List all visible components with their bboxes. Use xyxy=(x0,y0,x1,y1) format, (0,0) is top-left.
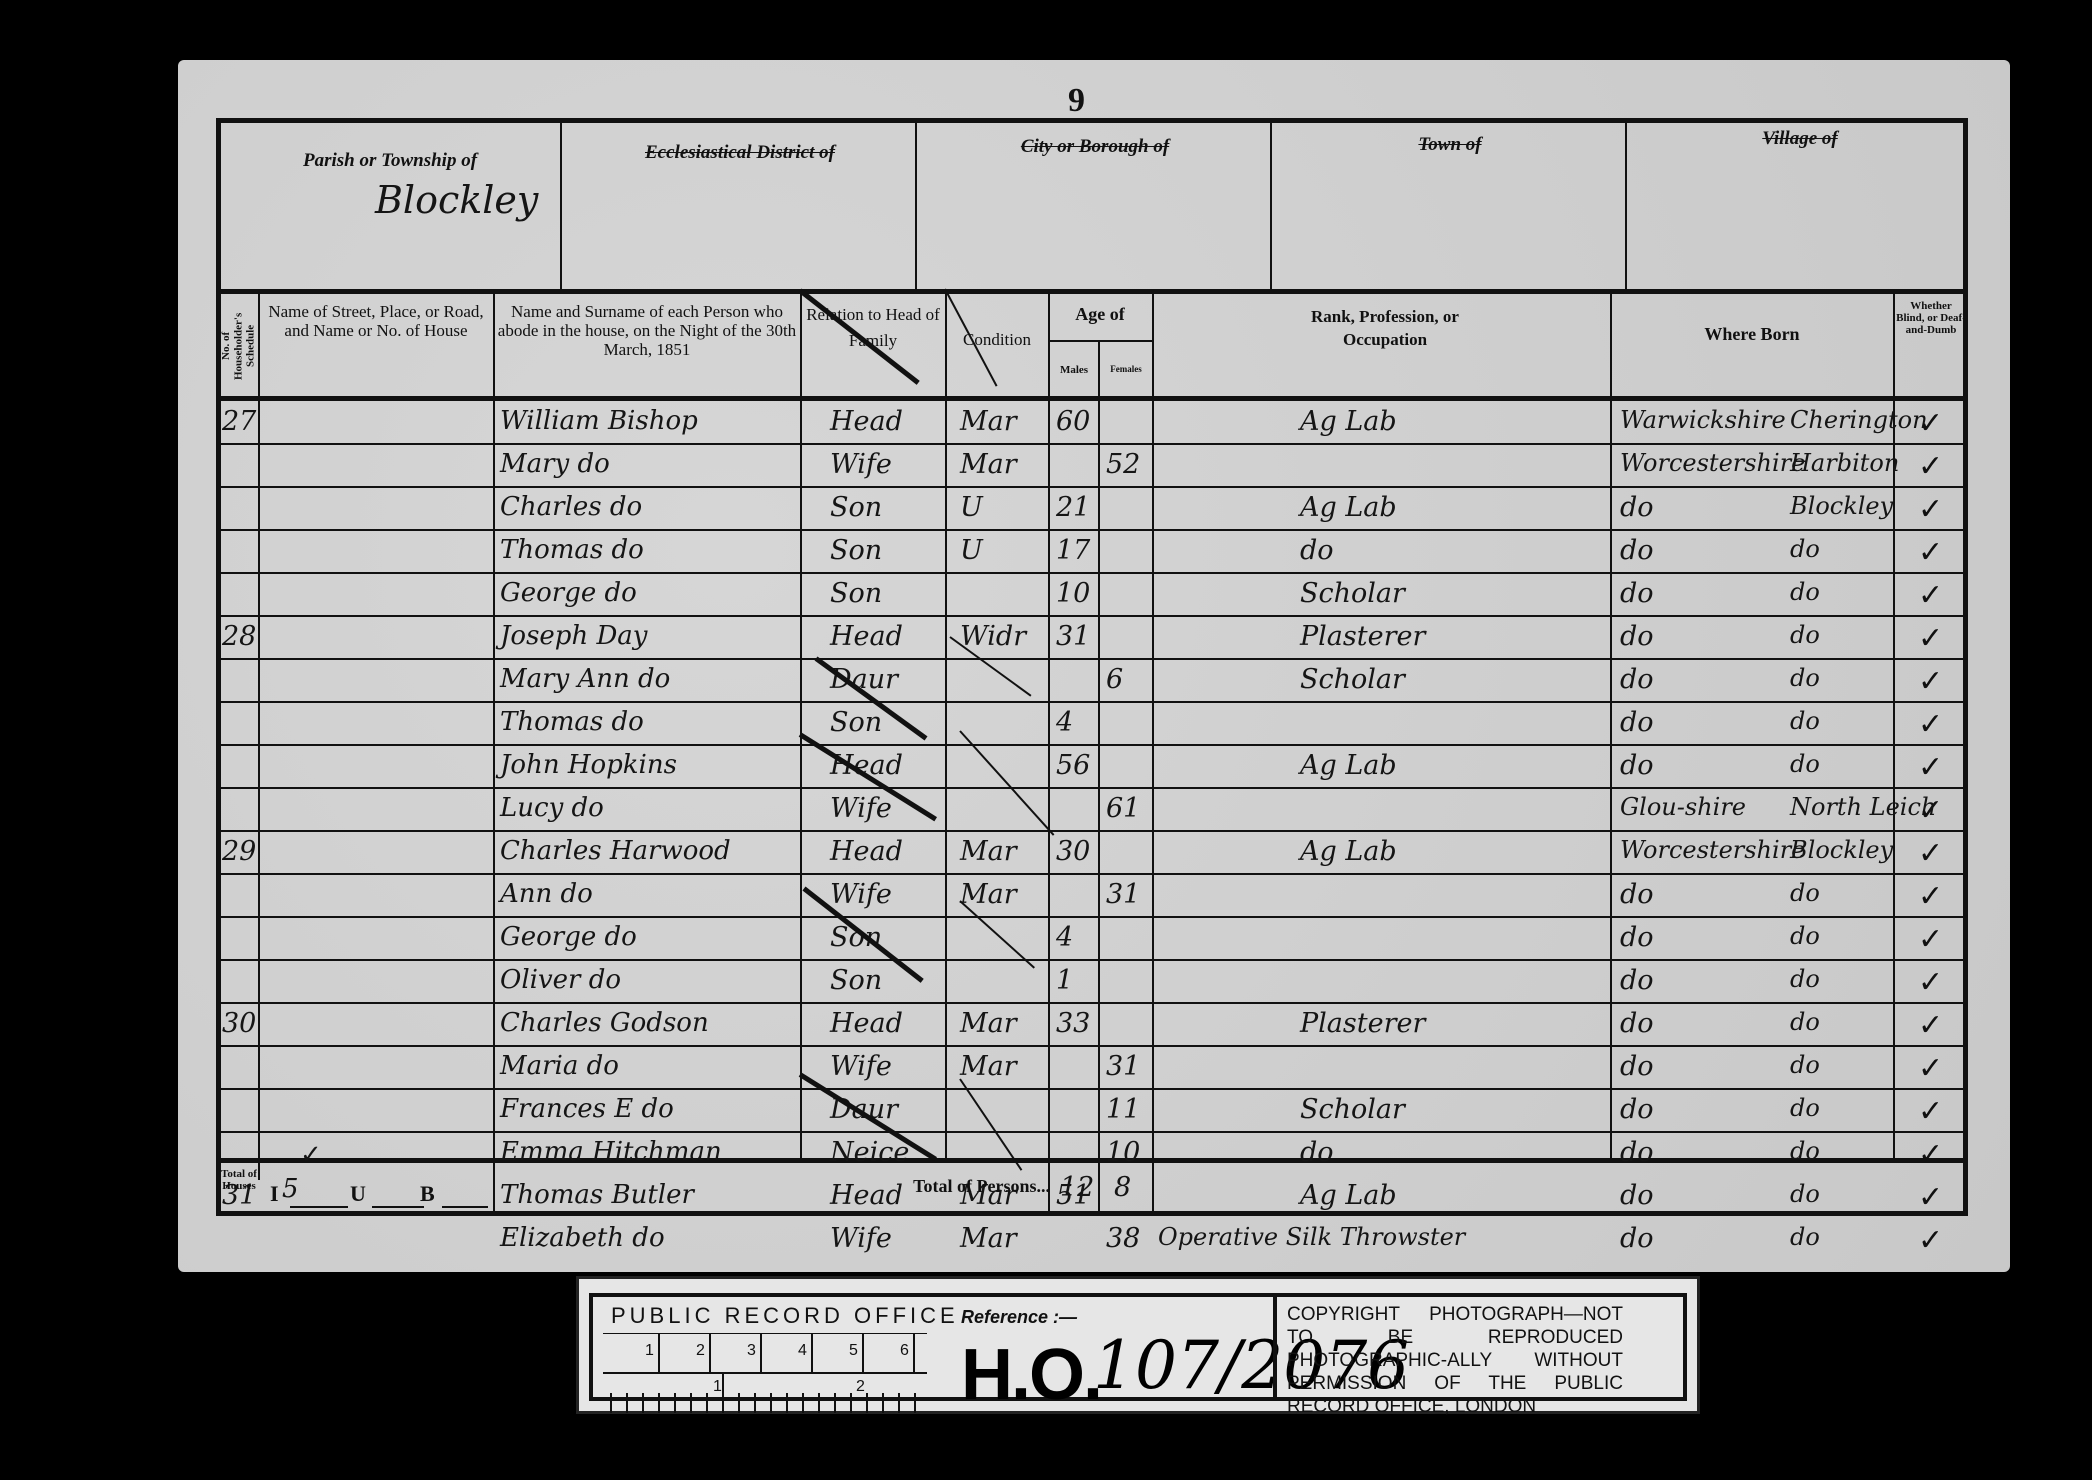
age-female: 61 xyxy=(1106,793,1140,824)
birth-place: do xyxy=(1790,750,1820,778)
marital-condition: U xyxy=(960,535,983,566)
birth-county: do xyxy=(1620,965,1654,996)
row-line xyxy=(216,959,1968,961)
census-form-frame xyxy=(216,118,1968,1216)
age-male: 4 xyxy=(1056,707,1073,738)
check-mark: ✓ xyxy=(300,1140,322,1170)
age-male: 1 xyxy=(1056,965,1073,996)
parish-label: Parish or Township of xyxy=(230,150,550,171)
occupation: do xyxy=(1300,1137,1334,1168)
person-name: Mary Ann do xyxy=(500,664,670,694)
occupation: Ag Lab xyxy=(1300,492,1397,523)
svg-text:1: 1 xyxy=(713,1378,722,1395)
schedule-number: 28 xyxy=(222,621,256,652)
row-line xyxy=(216,1045,1968,1047)
row-line xyxy=(216,1131,1968,1133)
blind-deaf-mark: ✓ xyxy=(1918,707,1943,742)
col-divider xyxy=(1610,292,1612,1160)
birth-county: do xyxy=(1620,1094,1654,1125)
age-male: 31 xyxy=(1056,621,1090,652)
age-male: 17 xyxy=(1056,535,1090,566)
birth-place: do xyxy=(1790,1008,1820,1036)
person-name: Charles Godson xyxy=(500,1008,709,1038)
age-male: 30 xyxy=(1056,836,1090,867)
blind-deaf-mark: ✓ xyxy=(1918,449,1943,484)
schedule-number: 29 xyxy=(222,836,256,867)
schedule-number: 30 xyxy=(222,1008,256,1039)
svg-text:6: 6 xyxy=(900,1342,909,1359)
birth-county: do xyxy=(1620,1137,1654,1168)
person-name: Thomas do xyxy=(500,535,644,565)
birth-place: do xyxy=(1790,965,1820,993)
occupation: Plasterer xyxy=(1300,621,1425,652)
blind-deaf-mark: ✓ xyxy=(1918,664,1943,699)
blind-deaf-mark: ✓ xyxy=(1918,535,1943,570)
relation-to-head: Head xyxy=(830,406,903,437)
occupation: Scholar xyxy=(1300,664,1405,695)
blind-deaf-mark: ✓ xyxy=(1918,922,1943,957)
birth-county: do xyxy=(1620,578,1654,609)
relation-to-head: Head xyxy=(830,836,903,867)
blind-deaf-mark: ✓ xyxy=(1918,1180,1943,1215)
stamp-office-name: PUBLIC RECORD OFFICE xyxy=(611,1303,959,1329)
age-male: 33 xyxy=(1056,1008,1090,1039)
col-divider xyxy=(1152,292,1154,1212)
person-name: Maria do xyxy=(500,1051,619,1081)
row-line xyxy=(216,744,1968,746)
col-header-occupation: Rank, Profession, or Occupation xyxy=(1300,306,1470,352)
col-divider xyxy=(1098,340,1100,1212)
birth-county: do xyxy=(1620,664,1654,695)
birth-place: Harbiton xyxy=(1790,449,1899,477)
occupation: do xyxy=(1300,535,1334,566)
person-name: Lucy do xyxy=(500,793,604,823)
total-females: 8 xyxy=(1114,1172,1131,1203)
relation-to-head: Son xyxy=(830,965,882,996)
svg-text:1: 1 xyxy=(645,1342,654,1359)
birth-place: Blockley xyxy=(1790,836,1893,864)
relation-to-head: Wife xyxy=(830,793,892,824)
occupation: Scholar xyxy=(1300,578,1405,609)
relation-to-head: Wife xyxy=(830,1223,892,1254)
divider xyxy=(1270,120,1272,292)
birth-county: do xyxy=(1620,535,1654,566)
public-record-office-stamp: PUBLIC RECORD OFFICE 123 45 xyxy=(576,1276,1700,1414)
blind-deaf-mark: ✓ xyxy=(1918,879,1943,914)
birth-place: do xyxy=(1790,707,1820,735)
birth-place: do xyxy=(1790,1094,1820,1122)
col-divider xyxy=(800,292,802,1160)
total-males: 12 xyxy=(1060,1172,1094,1203)
blind-deaf-mark: ✓ xyxy=(1918,621,1943,656)
occupation: Ag Lab xyxy=(1300,836,1397,867)
blind-deaf-mark: ✓ xyxy=(1918,492,1943,527)
underline xyxy=(372,1206,424,1208)
birth-place: do xyxy=(1790,1051,1820,1079)
person-name: John Hopkins xyxy=(500,750,677,780)
birth-county: do xyxy=(1620,1180,1654,1211)
inhabited-prefix: I xyxy=(270,1182,279,1207)
birth-county: do xyxy=(1620,492,1654,523)
birth-county: Warwickshire xyxy=(1620,406,1786,434)
band-divider xyxy=(216,289,1968,294)
underline xyxy=(442,1206,488,1208)
blind-deaf-mark: ✓ xyxy=(1918,406,1943,441)
underline xyxy=(290,1206,348,1208)
city-borough-label: City or Borough of xyxy=(935,136,1255,157)
col-header-name: Name and Surname of each Person who abod… xyxy=(497,302,797,359)
marital-condition: Mar xyxy=(960,1051,1017,1082)
inhabited-count: 5 xyxy=(282,1174,299,1204)
birth-county: do xyxy=(1620,621,1654,652)
person-name: Charles do xyxy=(500,492,642,522)
ecclesiastical-district-label: Ecclesiastical District of xyxy=(580,142,900,163)
occupation: Scholar xyxy=(1300,1094,1405,1125)
divider xyxy=(1625,120,1627,292)
parish-value: Blockley xyxy=(375,178,538,222)
row-line xyxy=(216,830,1968,832)
page-number: 9 xyxy=(1068,82,1085,120)
col-divider xyxy=(945,292,947,1160)
person-name: Charles Harwood xyxy=(500,836,731,866)
person-name: Oliver do xyxy=(500,965,621,995)
birth-place: do xyxy=(1790,664,1820,692)
blind-deaf-mark: ✓ xyxy=(1918,1137,1943,1172)
col-divider xyxy=(1048,292,1050,1212)
col-header-street: Name of Street, Place, or Road, and Name… xyxy=(262,302,490,340)
col-header-age: Age of xyxy=(1050,304,1150,324)
marital-condition: Mar xyxy=(960,1008,1017,1039)
total-persons-label: Total of Persons... xyxy=(880,1176,1050,1196)
age-male: 56 xyxy=(1056,750,1090,781)
town-label: Town of xyxy=(1290,134,1610,155)
divider xyxy=(915,120,917,292)
relation-to-head: Wife xyxy=(830,449,892,480)
marital-condition: Mar xyxy=(960,1223,1017,1254)
row-line xyxy=(216,701,1968,703)
birth-county: do xyxy=(1620,879,1654,910)
col-header-age-male: Males xyxy=(1050,364,1098,376)
age-female: 6 xyxy=(1106,664,1123,695)
person-name: Frances E do xyxy=(500,1094,674,1124)
row-line xyxy=(216,1002,1968,1004)
col-header-condition: Condition xyxy=(949,330,1045,349)
birth-county: Glou-shire xyxy=(1620,793,1746,821)
age-female: 38 xyxy=(1106,1223,1140,1254)
marital-condition: Mar xyxy=(960,406,1017,437)
row-line xyxy=(216,529,1968,531)
birth-county: Worcestershire xyxy=(1620,449,1805,477)
relation-to-head: Son xyxy=(830,707,882,738)
total-houses-label: Total of Houses xyxy=(220,1168,258,1192)
person-name: George do xyxy=(500,578,637,608)
birth-county: do xyxy=(1620,750,1654,781)
blind-deaf-mark: ✓ xyxy=(1918,965,1943,1000)
blind-deaf-mark: ✓ xyxy=(1918,578,1943,613)
relation-to-head: Neice xyxy=(830,1137,909,1168)
birth-county: do xyxy=(1620,1051,1654,1082)
relation-to-head: Son xyxy=(830,535,882,566)
person-name: Joseph Day xyxy=(500,621,648,651)
svg-text:3: 3 xyxy=(747,1342,756,1359)
age-female: 10 xyxy=(1106,1137,1140,1168)
row-line xyxy=(216,615,1968,617)
person-name: Ann do xyxy=(500,879,593,909)
col-divider xyxy=(493,292,495,1212)
birth-county: do xyxy=(1620,922,1654,953)
blind-deaf-mark: ✓ xyxy=(1918,793,1943,828)
reference-label: Reference :— xyxy=(961,1307,1077,1328)
person-name: Elizabeth do xyxy=(500,1223,665,1253)
blind-deaf-mark: ✓ xyxy=(1918,1223,1943,1258)
stamp-border: PUBLIC RECORD OFFICE 123 45 xyxy=(589,1293,1687,1401)
birth-place: do xyxy=(1790,1137,1820,1165)
birth-place: Cherington xyxy=(1790,406,1928,434)
person-name: William Bishop xyxy=(500,406,698,436)
birth-place: do xyxy=(1790,1180,1820,1208)
person-name: Emma Hitchman xyxy=(500,1137,722,1167)
uninhabited-prefix: U xyxy=(350,1182,366,1207)
row-line xyxy=(216,572,1968,574)
marital-condition: Mar xyxy=(960,836,1017,867)
occupation: Plasterer xyxy=(1300,1008,1425,1039)
col-header-where-born: Where Born xyxy=(1614,324,1890,344)
age-male: 4 xyxy=(1056,922,1073,953)
scale-ruler-icon: 123 456 12 xyxy=(603,1333,927,1413)
marital-condition: U xyxy=(960,492,983,523)
building-prefix: B xyxy=(420,1182,435,1207)
occupation: Ag Lab xyxy=(1300,750,1397,781)
relation-to-head: Son xyxy=(830,492,882,523)
birth-place: do xyxy=(1790,922,1820,950)
totals-divider xyxy=(216,1158,1968,1163)
marital-condition: Mar xyxy=(960,449,1017,480)
birth-county: do xyxy=(1620,1223,1654,1254)
svg-text:4: 4 xyxy=(798,1342,807,1359)
birth-county: do xyxy=(1620,707,1654,738)
birth-county: do xyxy=(1620,1008,1654,1039)
age-male: 60 xyxy=(1056,406,1090,437)
birth-place: do xyxy=(1790,1223,1820,1251)
divider xyxy=(560,120,562,292)
svg-text:5: 5 xyxy=(849,1342,858,1359)
age-male: 21 xyxy=(1056,492,1090,523)
svg-text:2: 2 xyxy=(696,1342,705,1359)
marital-condition: Widr xyxy=(960,621,1026,652)
col-header-age-female: Females xyxy=(1100,364,1152,374)
birth-place: do xyxy=(1790,535,1820,563)
birth-place: North Leich xyxy=(1790,793,1936,821)
age-female: 31 xyxy=(1106,879,1140,910)
occupation: Operative Silk Throwster xyxy=(1158,1223,1465,1251)
person-name: Mary do xyxy=(500,449,610,479)
svg-text:2: 2 xyxy=(856,1378,865,1395)
relation-to-head: Wife xyxy=(830,879,892,910)
occupation: Ag Lab xyxy=(1300,406,1397,437)
row-line xyxy=(216,1088,1968,1090)
age-female: 31 xyxy=(1106,1051,1140,1082)
row-line xyxy=(216,787,1968,789)
birth-place: do xyxy=(1790,621,1820,649)
blind-deaf-mark: ✓ xyxy=(1918,1094,1943,1129)
age-female: 52 xyxy=(1106,449,1140,480)
person-name: Thomas do xyxy=(500,707,644,737)
birth-county: Worcestershire xyxy=(1620,836,1805,864)
birth-place: Blockley xyxy=(1790,492,1893,520)
row-line xyxy=(216,916,1968,918)
row-line xyxy=(216,873,1968,875)
row-line xyxy=(216,486,1968,488)
birth-place: do xyxy=(1790,879,1820,907)
age-male: 10 xyxy=(1056,578,1090,609)
relation-to-head: Head xyxy=(830,1008,903,1039)
reference-prefix: H.O. xyxy=(961,1339,1101,1411)
marital-condition: Mar xyxy=(960,879,1017,910)
relation-to-head: Son xyxy=(830,578,882,609)
col-header-schedule: No. of Householder's Schedule xyxy=(220,300,256,392)
village-label: Village of xyxy=(1645,128,1955,149)
person-name: George do xyxy=(500,922,637,952)
age-subdivider xyxy=(1048,340,1152,342)
occupation: Ag Lab xyxy=(1300,1180,1397,1211)
person-name: Thomas Butler xyxy=(500,1180,694,1210)
row-line xyxy=(216,658,1968,660)
schedule-number: 27 xyxy=(222,406,256,437)
blind-deaf-mark: ✓ xyxy=(1918,1051,1943,1086)
header-bottom xyxy=(216,396,1968,401)
relation-to-head: Head xyxy=(830,621,903,652)
row-line xyxy=(216,443,1968,445)
birth-place: do xyxy=(1790,578,1820,606)
blind-deaf-mark: ✓ xyxy=(1918,1008,1943,1043)
relation-to-head: Wife xyxy=(830,1051,892,1082)
col-header-blind-deaf: Whether Blind, or Deaf-and-Dumb xyxy=(1896,300,1966,336)
copyright-notice: COPYRIGHT PHOTOGRAPH—NOT TO BE REPRODUCE… xyxy=(1273,1297,1633,1397)
age-female: 11 xyxy=(1106,1094,1140,1125)
blind-deaf-mark: ✓ xyxy=(1918,750,1943,785)
blind-deaf-mark: ✓ xyxy=(1918,836,1943,871)
